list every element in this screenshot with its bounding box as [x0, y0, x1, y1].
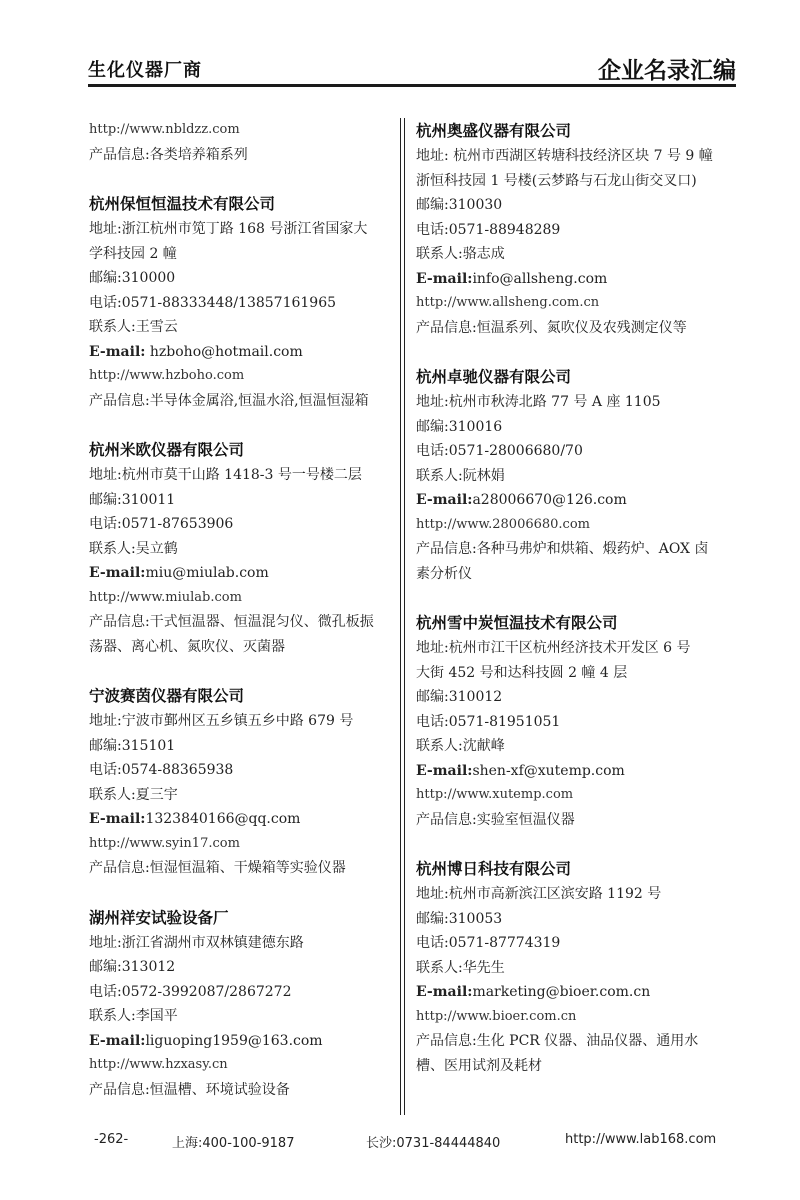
address-line: 浙恒科技园 1 号楼(云梦路与石龙山街交叉口) — [416, 169, 738, 194]
company-url[interactable]: http://www.syin17.com — [89, 832, 394, 857]
email-label: E-mail: — [416, 492, 472, 508]
section-title: 生化仪器厂商 — [88, 56, 202, 82]
company-name: 杭州保恒恒温技术有限公司 — [89, 191, 394, 217]
product-info: 产品信息:实验室恒温仪器 — [416, 808, 738, 833]
company-name: 杭州博日科技有限公司 — [416, 856, 738, 882]
phone: 电话:0571-81951051 — [416, 710, 738, 735]
postcode: 邮编:310053 — [416, 907, 738, 932]
company-entry: 杭州米欧仪器有限公司 地址:杭州市莫干山路 1418-3 号一号楼二层 邮编:3… — [89, 437, 394, 659]
email-row: E-mail:a28006670@126.com — [416, 488, 738, 513]
postcode: 邮编:310030 — [416, 193, 738, 218]
changsha-phone: 长沙:0731-84444840 — [366, 1132, 500, 1151]
product-info: 产品信息:干式恒温器、恒温混匀仪、微孔板振 — [89, 610, 394, 635]
phone: 电话:0571-88333448/13857161965 — [89, 291, 394, 316]
product-info: 产品信息:生化 PCR 仪器、油品仪器、通用水 — [416, 1029, 738, 1054]
company-url[interactable]: http://www.xutemp.com — [416, 783, 738, 808]
email-address[interactable]: shen-xf@xutemp.com — [472, 763, 624, 779]
email-address[interactable]: info@allsheng.com — [472, 271, 607, 287]
phone: 电话:0572-3992087/2867272 — [89, 980, 394, 1005]
address-line: 地址:杭州市莫干山路 1418-3 号一号楼二层 — [89, 463, 394, 488]
email-label: E-mail: — [89, 1033, 145, 1049]
phone: 电话:0571-28006680/70 — [416, 439, 738, 464]
company-url[interactable]: http://www.nbldzz.com — [89, 118, 394, 143]
shanghai-phone: 上海:400-100-9187 — [172, 1132, 294, 1151]
contact-person: 联系人:骆志成 — [416, 242, 738, 267]
postcode: 邮编:315101 — [89, 734, 394, 759]
address-line: 地址:浙江杭州市笕丁路 168 号浙江省国家大 — [89, 217, 394, 242]
company-name: 杭州卓驰仪器有限公司 — [416, 364, 738, 390]
contact-person: 联系人:阮林娟 — [416, 464, 738, 489]
contact-person: 联系人:沈献峰 — [416, 734, 738, 759]
postcode: 邮编:310000 — [89, 266, 394, 291]
email-row: E-mail:miu@miulab.com — [89, 561, 394, 586]
book-title: 企业名录汇编 — [598, 52, 736, 85]
email-row: E-mail:liguoping1959@163.com — [89, 1029, 394, 1054]
company-entry: 杭州保恒恒温技术有限公司 地址:浙江杭州市笕丁路 168 号浙江省国家大 学科技… — [89, 191, 394, 413]
product-info: 产品信息:恒温槽、环境试验设备 — [89, 1078, 394, 1103]
email-label: E-mail: — [416, 271, 472, 287]
company-entry: 杭州卓驰仪器有限公司 地址:杭州市秋涛北路 77 号 A 座 1105 邮编:3… — [416, 364, 738, 586]
phone: 电话:0571-87653906 — [89, 512, 394, 537]
email-address[interactable]: liguoping1959@163.com — [145, 1033, 322, 1049]
address-line: 地址:杭州市高新滨江区滨安路 1192 号 — [416, 882, 738, 907]
product-info: 荡器、离心机、氮吹仪、灭菌器 — [89, 635, 394, 660]
phone: 电话:0571-88948289 — [416, 218, 738, 243]
company-name: 杭州雪中炭恒温技术有限公司 — [416, 610, 738, 636]
page-footer: -262- 上海:400-100-9187 长沙:0731-84444840 h… — [0, 1132, 800, 1152]
product-info: 产品信息:恒温系列、氮吹仪及农残测定仪等 — [416, 316, 738, 341]
company-url[interactable]: http://www.hzboho.com — [89, 364, 394, 389]
email-row: E-mail:shen-xf@xutemp.com — [416, 759, 738, 784]
email-label: E-mail: — [89, 344, 145, 360]
address-line: 学科技园 2 幢 — [89, 242, 394, 267]
email-label: E-mail: — [416, 984, 472, 1000]
address-line: 地址:杭州市秋涛北路 77 号 A 座 1105 — [416, 390, 738, 415]
footer-website[interactable]: http://www.lab168.com — [565, 1132, 716, 1147]
continued-entry: http://www.nbldzz.com 产品信息:各类培养箱系列 — [89, 118, 394, 167]
company-name: 湖州祥安试验设备厂 — [89, 905, 394, 931]
contact-person: 联系人:王雪云 — [89, 315, 394, 340]
left-column: http://www.nbldzz.com 产品信息:各类培养箱系列 杭州保恒恒… — [89, 118, 394, 1102]
email-label: E-mail: — [89, 811, 145, 827]
email-address[interactable]: 1323840166@qq.com — [145, 811, 300, 827]
company-entry: 杭州博日科技有限公司 地址:杭州市高新滨江区滨安路 1192 号 邮编:3100… — [416, 856, 738, 1078]
postcode: 邮编:313012 — [89, 955, 394, 980]
email-address[interactable]: miu@miulab.com — [145, 565, 268, 581]
company-entry: 湖州祥安试验设备厂 地址:浙江省湖州市双林镇建德东路 邮编:313012 电话:… — [89, 905, 394, 1103]
company-name: 宁波赛茵仪器有限公司 — [89, 683, 394, 709]
company-url[interactable]: http://www.hzxasy.cn — [89, 1053, 394, 1078]
phone: 电话:0571-87774319 — [416, 931, 738, 956]
phone: 电话:0574-88365938 — [89, 758, 394, 783]
email-row: E-mail:marketing@bioer.com.cn — [416, 980, 738, 1005]
email-address[interactable]: hzboho@hotmail.com — [145, 344, 302, 360]
company-name: 杭州奥盛仪器有限公司 — [416, 118, 738, 144]
postcode: 邮编:310012 — [416, 685, 738, 710]
company-entry: 杭州雪中炭恒温技术有限公司 地址:杭州市江干区杭州经济技术开发区 6 号 大街 … — [416, 610, 738, 832]
page-header: 生化仪器厂商 企业名录汇编 — [88, 52, 736, 86]
product-info: 产品信息:各类培养箱系列 — [89, 143, 394, 168]
contact-person: 联系人:李国平 — [89, 1004, 394, 1029]
right-column: 杭州奥盛仪器有限公司 地址: 杭州市西湖区转塘科技经济区块 7 号 9 幢 浙恒… — [416, 118, 738, 1078]
postcode: 邮编:310011 — [89, 488, 394, 513]
page-number: -262- — [94, 1132, 128, 1147]
company-entry: 宁波赛茵仪器有限公司 地址:宁波市鄞州区五乡镇五乡中路 679 号 邮编:315… — [89, 683, 394, 881]
product-info: 槽、医用试剂及耗材 — [416, 1054, 738, 1079]
company-url[interactable]: http://www.allsheng.com.cn — [416, 291, 738, 316]
company-url[interactable]: http://www.bioer.com.cn — [416, 1005, 738, 1030]
contact-person: 联系人:夏三宇 — [89, 783, 394, 808]
product-info: 产品信息:半导体金属浴,恒温水浴,恒温恒湿箱 — [89, 389, 394, 414]
product-info: 产品信息:恒湿恒温箱、干燥箱等实验仪器 — [89, 856, 394, 881]
address-line: 地址:宁波市鄞州区五乡镇五乡中路 679 号 — [89, 709, 394, 734]
email-address[interactable]: a28006670@126.com — [472, 492, 626, 508]
company-url[interactable]: http://www.28006680.com — [416, 513, 738, 538]
company-entry: 杭州奥盛仪器有限公司 地址: 杭州市西湖区转塘科技经济区块 7 号 9 幢 浙恒… — [416, 118, 738, 340]
email-label: E-mail: — [89, 565, 145, 581]
email-row: E-mail:info@allsheng.com — [416, 267, 738, 292]
header-rule — [88, 84, 736, 87]
address-line: 地址:杭州市江干区杭州经济技术开发区 6 号 — [416, 636, 738, 661]
postcode: 邮编:310016 — [416, 415, 738, 440]
contact-person: 联系人:华先生 — [416, 956, 738, 981]
address-line: 大街 452 号和达科技圆 2 幢 4 层 — [416, 661, 738, 686]
email-row: E-mail:1323840166@qq.com — [89, 807, 394, 832]
company-url[interactable]: http://www.miulab.com — [89, 586, 394, 611]
email-address[interactable]: marketing@bioer.com.cn — [472, 984, 650, 1000]
product-info: 素分析仪 — [416, 562, 738, 587]
address-line: 地址:浙江省湖州市双林镇建德东路 — [89, 931, 394, 956]
email-row: E-mail: hzboho@hotmail.com — [89, 340, 394, 365]
email-label: E-mail: — [416, 763, 472, 779]
column-divider — [400, 118, 405, 1115]
address-line: 地址: 杭州市西湖区转塘科技经济区块 7 号 9 幢 — [416, 144, 738, 169]
company-name: 杭州米欧仪器有限公司 — [89, 437, 394, 463]
product-info: 产品信息:各种马弗炉和烘箱、煅药炉、AOX 卤 — [416, 537, 738, 562]
contact-person: 联系人:吴立鹤 — [89, 537, 394, 562]
